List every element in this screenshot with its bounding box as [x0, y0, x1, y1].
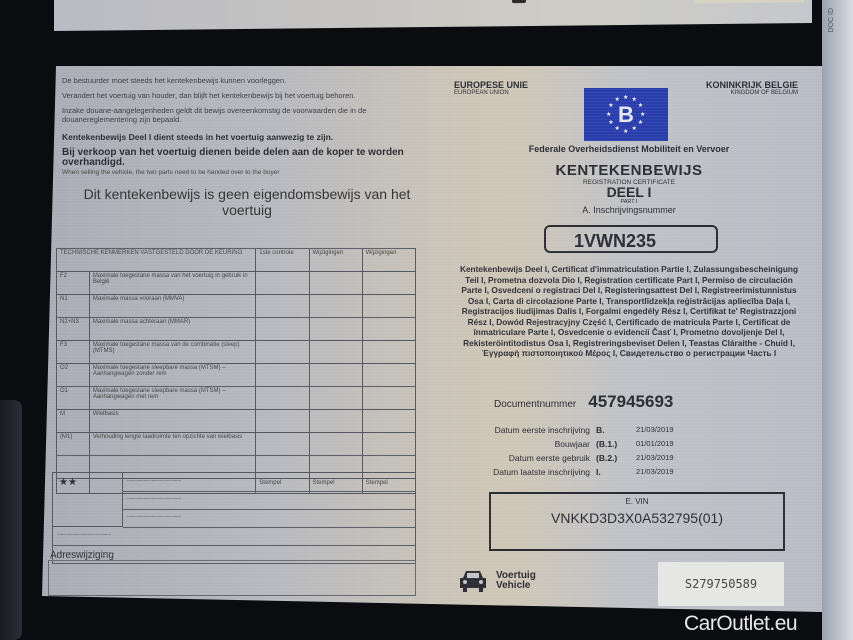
table-row: MWielbasis [57, 410, 416, 433]
background-document-card: Home [54, 0, 812, 31]
car-icon [458, 568, 488, 594]
home-icon [512, 0, 526, 3]
date-row: Datum eerste gebruik(B.2.)21/03/2019 [464, 451, 674, 465]
sticker-patch [694, 0, 804, 3]
sale-notice: Bij verkoop van het voertuig dienen beid… [62, 148, 432, 168]
note-1: De bestuurder moet steeds het kentekenbe… [62, 76, 432, 85]
serial-number: S279750589 [658, 562, 784, 606]
stars-label: ★★ [53, 473, 123, 527]
dotted-line: ........................................… [53, 527, 415, 546]
table-header-row: TECHNISCHE KENMERKEN VASTGESTELD DOOR DE… [57, 249, 416, 272]
star-icon: ★ [623, 129, 628, 135]
eu-label: EUROPESE UNIEEUROPEAN UNION [454, 80, 528, 96]
date-row: Datum eerste inschrijvingB.21/03/2019 [464, 423, 674, 437]
document-number: Documentnummer457945693 [494, 392, 673, 412]
table-row: N1Maximale massa vooraan (MMVA) [57, 295, 416, 318]
watermark: CarOutlet.eu [684, 612, 797, 636]
address-change-box [48, 560, 416, 596]
star-icon: ★ [623, 95, 628, 101]
table-row: F3Maximale toegestane massa van de combi… [57, 341, 416, 364]
home-label: Home [512, 0, 563, 3]
dotted-line: ........................................… [123, 473, 415, 492]
note-2: Verandert het voertuig van houder, dan b… [62, 91, 432, 100]
sale-notice-en: When selling the vehicle, the two parts … [62, 169, 432, 176]
dotted-line: ........................................… [123, 509, 415, 528]
star-icon: ★ [640, 112, 645, 118]
must-keep-notice: Kentekenbewijs Deel I dient steeds in he… [62, 132, 432, 142]
star-icon: ★ [638, 120, 643, 126]
dates-list: Datum eerste inschrijvingB.21/03/2019Bou… [464, 423, 674, 479]
star-icon: ★ [638, 103, 643, 109]
table-row: (M1)Verhouding lengte laadruimte ten opz… [57, 433, 416, 456]
star-icon: ★ [608, 103, 613, 109]
note-3: Inzake douane-aangelegenheden geldt dit … [62, 106, 432, 124]
not-ownership-statement: Dit kentekenbewijs is geen eigendomsbewi… [62, 186, 432, 218]
star-icon: ★ [606, 112, 611, 118]
kingdom-label: KONINKRIJK BELGIEKINGDOM OF BELGIUM [706, 80, 798, 96]
dotted-line: ........................................… [123, 491, 415, 510]
vehicle-label: VoertuigVehicle [458, 568, 536, 594]
star-icon: ★ [632, 97, 637, 103]
technical-table: TECHNISCHE KENMERKEN VASTGESTELD DOOR DE… [56, 248, 416, 494]
star-icon: ★ [632, 126, 637, 132]
vin-box: E. VIN VNKKD3D3X0A532795(01) [489, 492, 785, 551]
side-paper-strip: DOC ID [822, 0, 853, 640]
table-row: O2Maximale toegestane sleepbare massa (M… [57, 364, 416, 387]
star-icon: ★ [608, 120, 613, 126]
date-row: Datum laatste inschrijvingI.21/03/2019 [464, 465, 674, 479]
table-row: O1Maximale toegestane sleepbare massa (M… [57, 387, 416, 410]
date-row: Bouwjaar(B.1.)01/01/2019 [464, 437, 674, 451]
left-panel: De bestuurder moet steeds het kentekenbe… [62, 76, 432, 226]
table-row: N2+N3Maximale massa achteraan (MMAR) [57, 318, 416, 341]
background-object [0, 400, 22, 640]
star-icon: ★ [615, 97, 620, 103]
authority-name: Federale Overheidsdienst Mobiliteit en V… [454, 144, 804, 154]
multilingual-title: Kentekenbewijs Deel I, Certificat d'imma… [454, 264, 804, 359]
table-row: F2Maximale toegestane massa van het voer… [57, 272, 416, 295]
certificate-title: KENTEKENBEWIJS REGISTRATION CERTIFICATE … [454, 162, 804, 215]
eu-flag-icon: B ★★★★★★★★★★★★ [584, 88, 668, 141]
star-icon: ★ [615, 126, 620, 132]
registration-number: 1VWN235 [544, 225, 718, 253]
registration-certificate: De bestuurder moet steeds het kentekenbe… [42, 66, 822, 612]
